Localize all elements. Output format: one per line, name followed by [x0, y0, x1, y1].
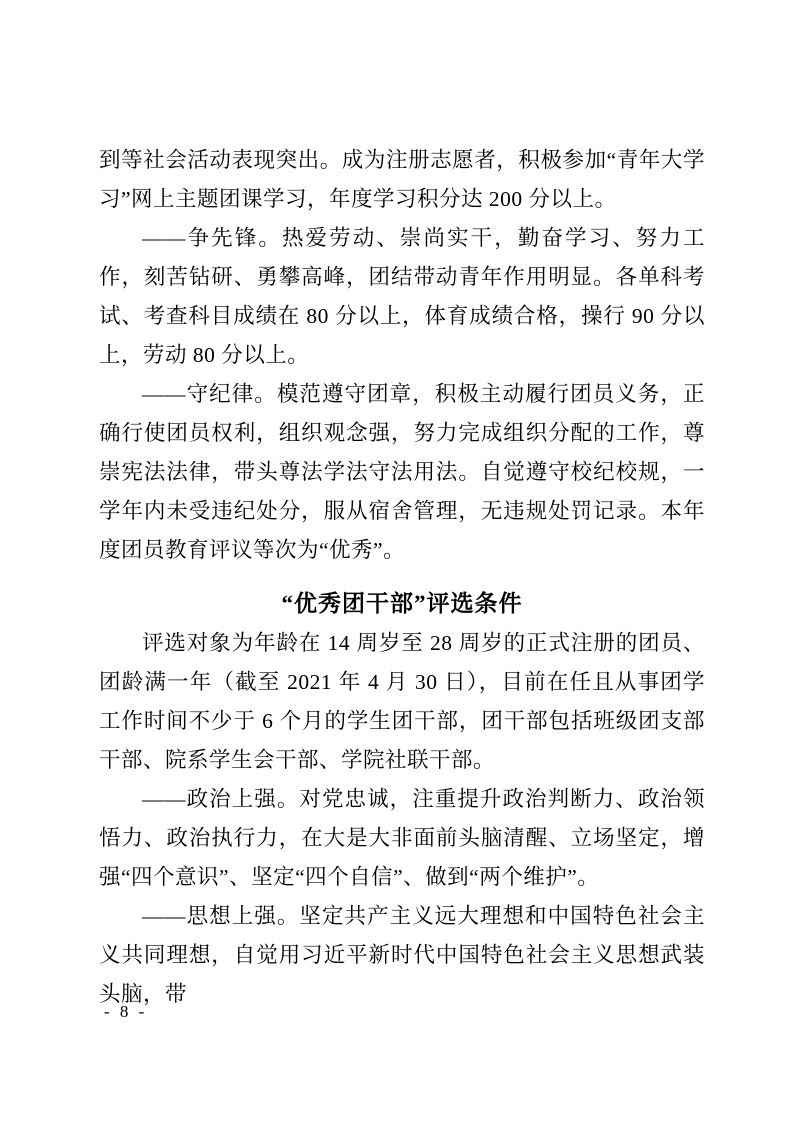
paragraph-zhengxianfeng: ——争先锋。热爱劳动、崇尚实干，勤奋学习、努力工作，刻苦钻研、勇攀高峰，团结带动… [99, 219, 705, 375]
section-heading-youxiu-tuanganbu: “优秀团干部”评选条件 [99, 584, 705, 624]
page-number: - 8 - [104, 1001, 147, 1023]
document-page: 到等社会活动表现突出。成为注册志愿者，积极参加“青年大学习”网上主题团课学习，年… [0, 0, 793, 1122]
paragraph-pingxuan-duixiang: 评选对象为年龄在 14 周岁至 28 周岁的正式注册的团员、团龄满一年（截至 2… [99, 624, 705, 780]
paragraph-sixiang-shangqiang: ——思想上强。坚定共产主义远大理想和中国特色社会主义共同理想，自觉用习近平新时代… [99, 897, 705, 1014]
paragraph-continuation: 到等社会活动表现突出。成为注册志愿者，积极参加“青年大学习”网上主题团课学习，年… [99, 141, 705, 219]
paragraph-shoujilv: ——守纪律。模范遵守团章，积极主动履行团员义务，正确行使团员权利，组织观念强，努… [99, 375, 705, 570]
paragraph-zhengzhi-shangqiang: ——政治上强。对党忠诚，注重提升政治判断力、政治领悟力、政治执行力，在大是大非面… [99, 780, 705, 897]
document-body: 到等社会活动表现突出。成为注册志愿者，积极参加“青年大学习”网上主题团课学习，年… [99, 141, 705, 1014]
